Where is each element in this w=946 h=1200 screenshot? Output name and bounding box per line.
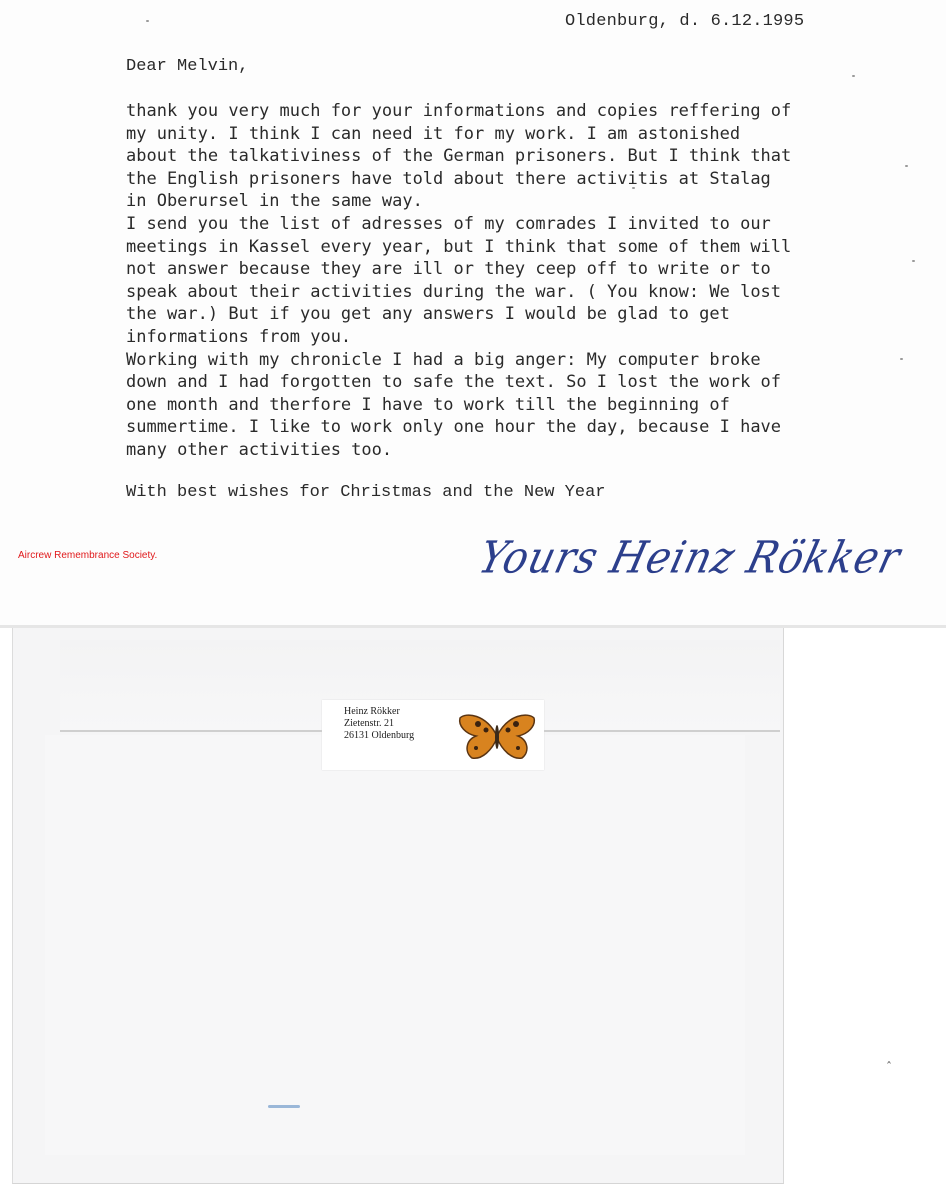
corner-mark: ˆ [886,1060,892,1074]
butterfly-icon [456,708,538,764]
handwritten-signature: Yours Heinz Rökker [474,533,906,584]
watermark-label: Aircrew Remembrance Society. [18,550,157,561]
paper-speck [912,260,915,262]
envelope-panel [45,735,745,1155]
sender-city: 26131 Oldenburg [344,730,414,742]
sender-street: Zietenstr. 21 [344,718,414,730]
letter-body: thank you very much for your information… [126,100,906,462]
sender-name: Heinz Rökker [344,706,414,718]
paper-speck [905,165,908,167]
paper-speck [146,20,149,22]
ink-mark [268,1105,300,1108]
paper-speck [852,75,855,77]
letter-page: Oldenburg, d. 6.12.1995 Dear Melvin, tha… [0,0,946,625]
sender-address: Heinz Rökker Zietenstr. 21 26131 Oldenbu… [344,706,414,742]
paper-speck [632,187,635,189]
paper-speck [900,358,903,360]
letter-closing: With best wishes for Christmas and the N… [126,483,605,502]
letter-date: Oldenburg, d. 6.12.1995 [565,12,804,31]
letter-salutation: Dear Melvin, [126,57,248,76]
